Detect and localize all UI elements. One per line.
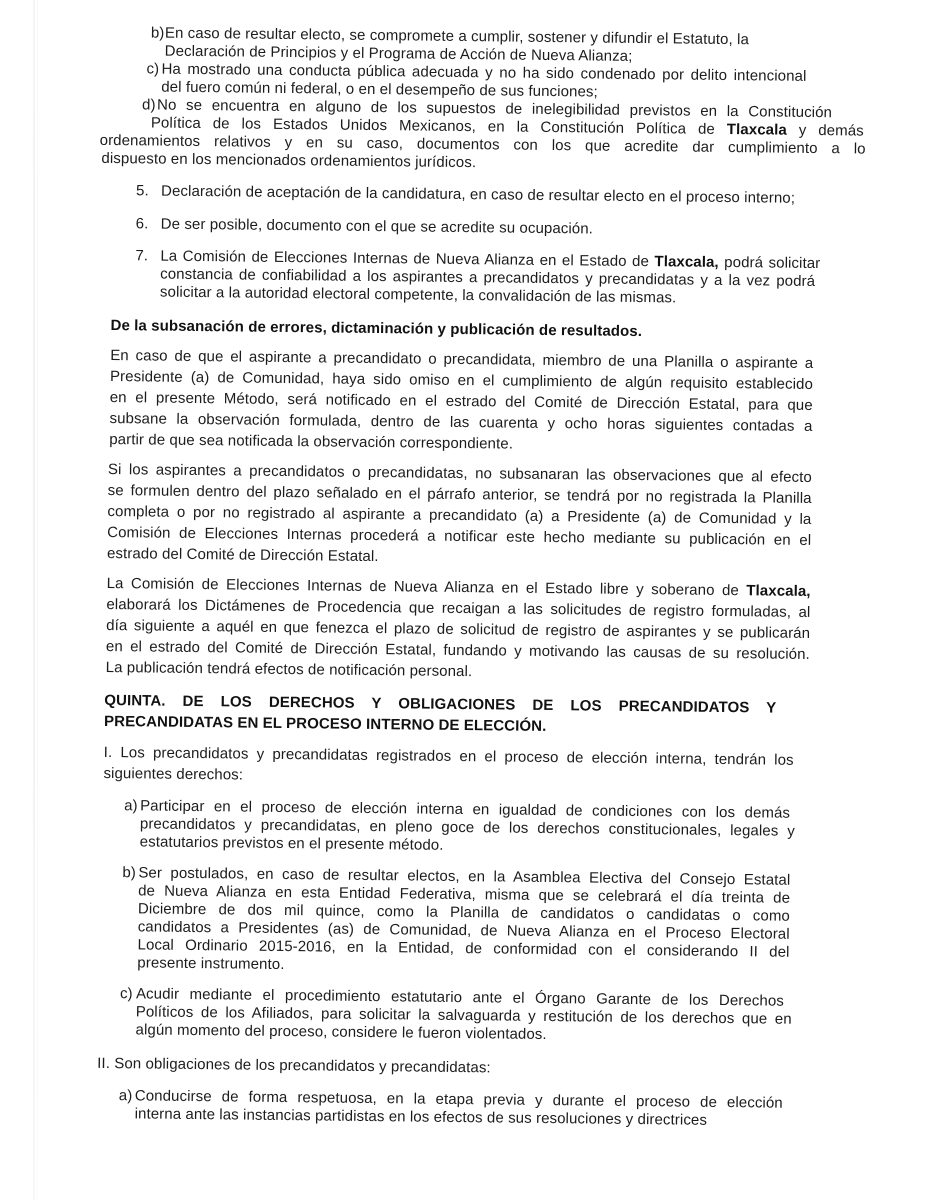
document-page: En caso de resultar electo, se compromet… — [0, 0, 927, 1200]
list-marker: b) — [151, 24, 165, 42]
numbered-item-6: De ser posible, documento con el que se … — [110, 215, 815, 241]
list-marker: c) — [120, 985, 133, 1003]
list-marker: c) — [146, 60, 159, 78]
document-content: En caso de resultar electo, se compromet… — [100, 24, 817, 1131]
list-marker: 6. — [136, 215, 149, 233]
paragraph-dictamenes: La Comisión de Elecciones Internas de Nu… — [105, 573, 811, 686]
list-marker: 7. — [135, 247, 148, 265]
heading-subsanacion: De la subsanación de errores, dictaminac… — [108, 315, 813, 344]
scan-artifact-streak — [33, 0, 35, 1200]
roman-i-derechos: I. Los precandidatos y precandidatas reg… — [103, 742, 808, 792]
roman-ii-obligaciones-line: II. Son obligaciones de los precandidato… — [97, 1053, 805, 1082]
roman-ii-obligaciones: II. Son obligaciones de los precandidato… — [100, 1053, 805, 1082]
list-marker: d) — [142, 96, 156, 114]
scan-artifact-streak — [37, 0, 38, 1200]
list-marker: 5. — [136, 182, 149, 200]
derecho-item-c: Acudir mediante el procedimiento estatut… — [100, 985, 806, 1047]
numbered-item-7: La Comisión de Elecciones Internas de Nu… — [109, 247, 815, 309]
numbered-item-5-line: Declaración de aceptación de la candidat… — [161, 183, 815, 208]
alpha-items-b-c-d: En caso de resultar electo, se compromet… — [110, 24, 817, 176]
paragraph-subsanacion-1: En caso de que el aspirante a precandida… — [107, 345, 813, 458]
heading-subsanacion-line: De la subsanación de errores, dictaminac… — [110, 315, 813, 344]
list-marker: a) — [119, 1087, 133, 1105]
list-marker: a) — [124, 797, 138, 815]
heading-quinta: QUINTA. DE LOS DERECHOS Y OBLIGACIONES D… — [104, 690, 809, 740]
numbered-item-5: Declaración de aceptación de la candidat… — [110, 182, 815, 208]
numbered-item-6-line: De ser posible, documento con el que se … — [161, 216, 815, 241]
derecho-item-b: Ser postulados, en caso de resultar elec… — [101, 864, 807, 980]
obligacion-item-a: Conducirse de forma respetuosa, en la et… — [100, 1087, 805, 1131]
derecho-item-a: Participar en el proceso de elección int… — [103, 797, 809, 859]
paragraph-subsanacion-2: Si los aspirantes a precandidatos o prec… — [106, 459, 812, 572]
list-marker: b) — [122, 864, 136, 882]
